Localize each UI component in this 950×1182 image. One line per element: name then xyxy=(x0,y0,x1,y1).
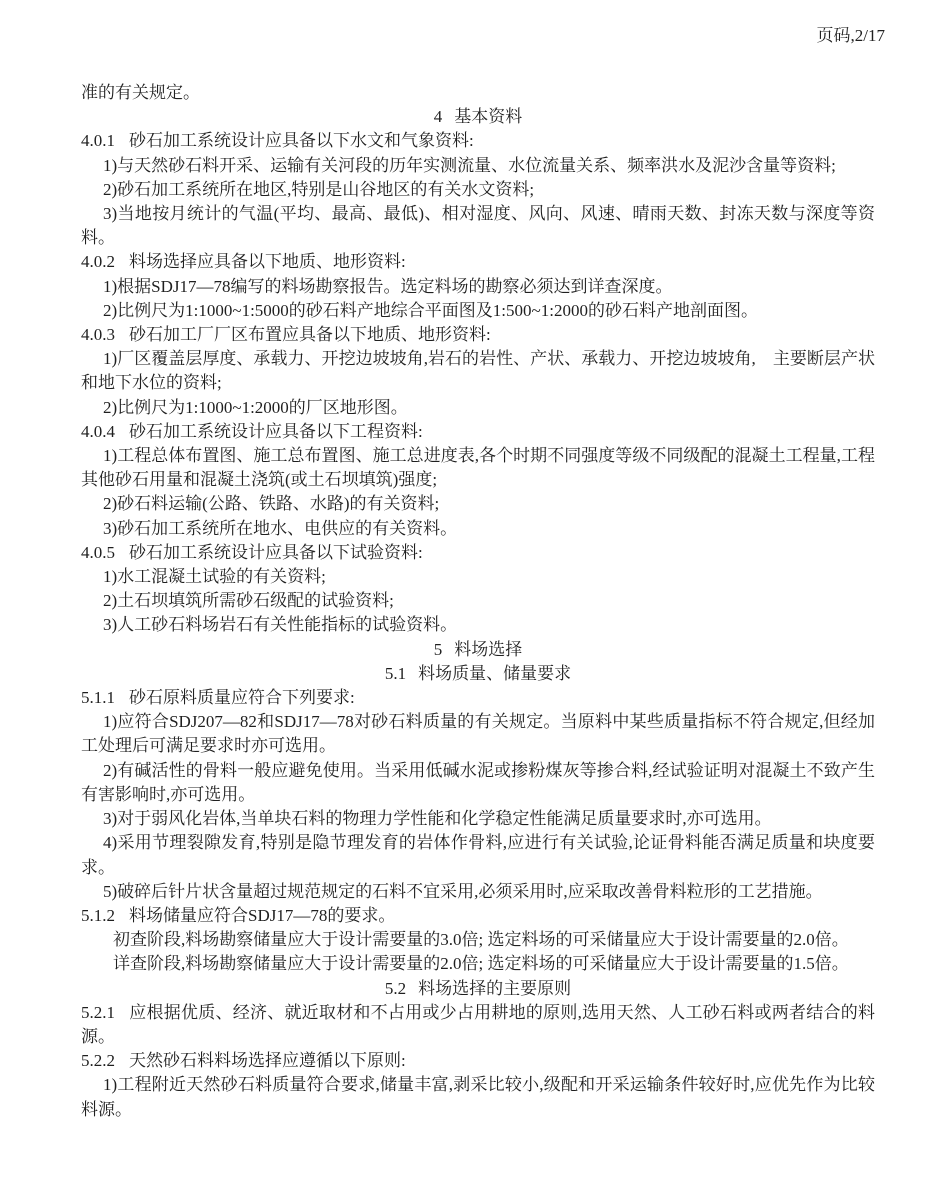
clause-number: 4.0.3 xyxy=(81,325,115,344)
paragraph-text: 3)人工砂石料场岩石有关性能指标的试验资料。 xyxy=(103,615,457,634)
list-item-paragraph: 1)厂区覆盖层厚度、承载力、开挖边坡坡角,岩石的岩性、产状、承载力、开挖边坡坡角… xyxy=(81,347,875,395)
list-item-paragraph: 2)比例尺为1:1000~1:2000的厂区地形图。 xyxy=(81,396,875,420)
list-item-paragraph: 1)工程总体布置图、施工总布置图、施工总进度表,各个时期不同强度等级不同级配的混… xyxy=(81,444,875,492)
paragraph-text: 1)工程总体布置图、施工总布置图、施工总进度表,各个时期不同强度等级不同级配的混… xyxy=(81,446,875,489)
paragraph-text: 砂石加工厂厂区布置应具备以下地质、地形资料: xyxy=(129,325,491,344)
list-item-paragraph: 2)有碱活性的骨料一般应避免使用。当采用低碱水泥或掺粉煤灰等掺合料,经试验证明对… xyxy=(81,759,875,807)
paragraph-text: 料场选择 xyxy=(454,640,522,659)
paragraph-text: 基本资料 xyxy=(454,107,522,126)
paragraph-text: 2)比例尺为1:1000~1:5000的砂石料产地综合平面图及1:500~1:2… xyxy=(103,301,758,320)
paragraph-text: 料场选择的主要原则 xyxy=(418,979,571,998)
subsection-heading: 5.2料场选择的主要原则 xyxy=(81,977,875,1001)
paragraph-text: 1)与天然砂石料开采、运输有关河段的历年实测流量、水位流量关系、频率洪水及泥沙含… xyxy=(103,156,836,175)
paragraph-text: 4)采用节理裂隙发育,特别是隐节理发育的岩体作骨料,应进行有关试验,论证骨料能否… xyxy=(81,833,875,876)
paragraph-text: 准的有关规定。 xyxy=(81,83,200,102)
section-heading: 4基本资料 xyxy=(81,105,875,129)
clause-number: 5.1 xyxy=(385,664,406,683)
paragraph-text: 2)有碱活性的骨料一般应避免使用。当采用低碱水泥或掺粉煤灰等掺合料,经试验证明对… xyxy=(81,761,875,804)
list-item-paragraph: 3)当地按月统计的气温(平均、最高、最低)、相对湿度、风向、风速、晴雨天数、封冻… xyxy=(81,202,875,250)
paragraph-text: 初查阶段,料场勘察储量应大于设计需要量的3.0倍; 选定料场的可采储量应大于设计… xyxy=(113,930,849,949)
paragraph-text: 1)工程附近天然砂石料质量符合要求,储量丰富,剥采比较小,级配和开采运输条件较好… xyxy=(81,1075,875,1118)
clause-number: 4.0.2 xyxy=(81,252,115,271)
list-item-paragraph: 2)比例尺为1:1000~1:5000的砂石料产地综合平面图及1:500~1:2… xyxy=(81,299,875,323)
clause-number: 4.0.4 xyxy=(81,422,115,441)
paragraph-text: 砂石加工系统设计应具备以下水文和气象资料: xyxy=(129,131,474,150)
paragraph-text: 详查阶段,料场勘察储量应大于设计需要量的2.0倍; 选定料场的可采储量应大于设计… xyxy=(113,954,849,973)
clause-number: 5 xyxy=(434,640,443,659)
list-item-paragraph: 1)与天然砂石料开采、运输有关河段的历年实测流量、水位流量关系、频率洪水及泥沙含… xyxy=(81,154,875,178)
paragraph-text: 2)砂石料运输(公路、铁路、水路)的有关资料; xyxy=(103,494,439,513)
list-item-paragraph: 1)工程附近天然砂石料质量符合要求,储量丰富,剥采比较小,级配和开采运输条件较好… xyxy=(81,1073,875,1121)
clause-number: 4.0.1 xyxy=(81,131,115,150)
paragraph-text: 3)砂石加工系统所在地水、电供应的有关资料。 xyxy=(103,519,457,538)
document-page: 页码,2/17 准的有关规定。4基本资料4.0.1砂石加工系统设计应具备以下水文… xyxy=(0,0,950,1182)
indented-paragraph: 详查阶段,料场勘察储量应大于设计需要量的2.0倍; 选定料场的可采储量应大于设计… xyxy=(81,952,875,976)
clause-paragraph: 4.0.4砂石加工系统设计应具备以下工程资料: xyxy=(81,420,875,444)
paragraph-text: 2)比例尺为1:1000~1:2000的厂区地形图。 xyxy=(103,398,408,417)
list-item-paragraph: 2)土石坝填筑所需砂石级配的试验资料; xyxy=(81,589,875,613)
list-item-paragraph: 5)破碎后针片状含量超过规范规定的石料不宜采用,必须采用时,应采取改善骨料粒形的… xyxy=(81,880,875,904)
list-item-paragraph: 1)水工混凝土试验的有关资料; xyxy=(81,565,875,589)
clause-number: 5.2.2 xyxy=(81,1051,115,1070)
paragraph-text: 1)应符合SDJ207—82和SDJ17—78对砂石料质量的有关规定。当原料中某… xyxy=(81,712,875,755)
paragraph-text: 料场储量应符合SDJ17—78的要求。 xyxy=(129,906,395,925)
list-item-paragraph: 2)砂石加工系统所在地区,特别是山谷地区的有关水文资料; xyxy=(81,178,875,202)
paragraph: 准的有关规定。 xyxy=(81,81,875,105)
list-item-paragraph: 3)砂石加工系统所在地水、电供应的有关资料。 xyxy=(81,517,875,541)
paragraph-text: 1)根据SDJ17—78编写的料场勘察报告。选定料场的勘察必须达到详查深度。 xyxy=(103,277,673,296)
indented-paragraph: 初查阶段,料场勘察储量应大于设计需要量的3.0倍; 选定料场的可采储量应大于设计… xyxy=(81,928,875,952)
paragraph-text: 应根据优质、经济、就近取材和不占用或少占用耕地的原则,选用天然、人工砂石料或两者… xyxy=(81,1003,875,1046)
list-item-paragraph: 1)根据SDJ17—78编写的料场勘察报告。选定料场的勘察必须达到详查深度。 xyxy=(81,275,875,299)
paragraph-text: 1)厂区覆盖层厚度、承载力、开挖边坡坡角,岩石的岩性、产状、承载力、开挖边坡坡角… xyxy=(81,349,875,392)
list-item-paragraph: 3)对于弱风化岩体,当单块石料的物理力学性能和化学稳定性能满足质量要求时,亦可选… xyxy=(81,807,875,831)
list-item-paragraph: 1)应符合SDJ207—82和SDJ17—78对砂石料质量的有关规定。当原料中某… xyxy=(81,710,875,758)
clause-number: 5.2 xyxy=(385,979,406,998)
clause-number: 5.1.2 xyxy=(81,906,115,925)
clause-paragraph: 5.1.2料场储量应符合SDJ17—78的要求。 xyxy=(81,904,875,928)
clause-number: 4.0.5 xyxy=(81,543,115,562)
clause-paragraph: 4.0.3砂石加工厂厂区布置应具备以下地质、地形资料: xyxy=(81,323,875,347)
section-heading: 5料场选择 xyxy=(81,638,875,662)
list-item-paragraph: 4)采用节理裂隙发育,特别是隐节理发育的岩体作骨料,应进行有关试验,论证骨料能否… xyxy=(81,831,875,879)
paragraph-text: 3)当地按月统计的气温(平均、最高、最低)、相对湿度、风向、风速、晴雨天数、封冻… xyxy=(81,204,875,247)
clause-paragraph: 4.0.2料场选择应具备以下地质、地形资料: xyxy=(81,250,875,274)
page-number-label: 页码,2/17 xyxy=(817,26,885,45)
clause-paragraph: 5.2.1应根据优质、经济、就近取材和不占用或少占用耕地的原则,选用天然、人工砂… xyxy=(81,1001,875,1049)
clause-number: 5.1.1 xyxy=(81,688,115,707)
paragraph-text: 砂石原料质量应符合下列要求: xyxy=(129,688,355,707)
paragraph-text: 2)砂石加工系统所在地区,特别是山谷地区的有关水文资料; xyxy=(103,180,534,199)
document-body: 准的有关规定。4基本资料4.0.1砂石加工系统设计应具备以下水文和气象资料:1)… xyxy=(81,81,875,1122)
clause-number: 5.2.1 xyxy=(81,1003,115,1022)
paragraph-text: 1)水工混凝土试验的有关资料; xyxy=(103,567,326,586)
clause-paragraph: 4.0.1砂石加工系统设计应具备以下水文和气象资料: xyxy=(81,129,875,153)
paragraph-text: 料场质量、储量要求 xyxy=(418,664,571,683)
clause-paragraph: 5.2.2天然砂石料料场选择应遵循以下原则: xyxy=(81,1049,875,1073)
paragraph-text: 料场选择应具备以下地质、地形资料: xyxy=(129,252,406,271)
clause-paragraph: 4.0.5砂石加工系统设计应具备以下试验资料: xyxy=(81,541,875,565)
paragraph-text: 砂石加工系统设计应具备以下工程资料: xyxy=(129,422,423,441)
paragraph-text: 5)破碎后针片状含量超过规范规定的石料不宜采用,必须采用时,应采取改善骨料粒形的… xyxy=(103,882,823,901)
paragraph-text: 砂石加工系统设计应具备以下试验资料: xyxy=(129,543,423,562)
paragraph-text: 天然砂石料料场选择应遵循以下原则: xyxy=(129,1051,406,1070)
paragraph-text: 2)土石坝填筑所需砂石级配的试验资料; xyxy=(103,591,394,610)
subsection-heading: 5.1料场质量、储量要求 xyxy=(81,662,875,686)
page-number: 页码,2/17 xyxy=(817,26,885,46)
clause-number: 4 xyxy=(434,107,443,126)
clause-paragraph: 5.1.1砂石原料质量应符合下列要求: xyxy=(81,686,875,710)
paragraph-text: 3)对于弱风化岩体,当单块石料的物理力学性能和化学稳定性能满足质量要求时,亦可选… xyxy=(103,809,772,828)
list-item-paragraph: 2)砂石料运输(公路、铁路、水路)的有关资料; xyxy=(81,492,875,516)
list-item-paragraph: 3)人工砂石料场岩石有关性能指标的试验资料。 xyxy=(81,613,875,637)
